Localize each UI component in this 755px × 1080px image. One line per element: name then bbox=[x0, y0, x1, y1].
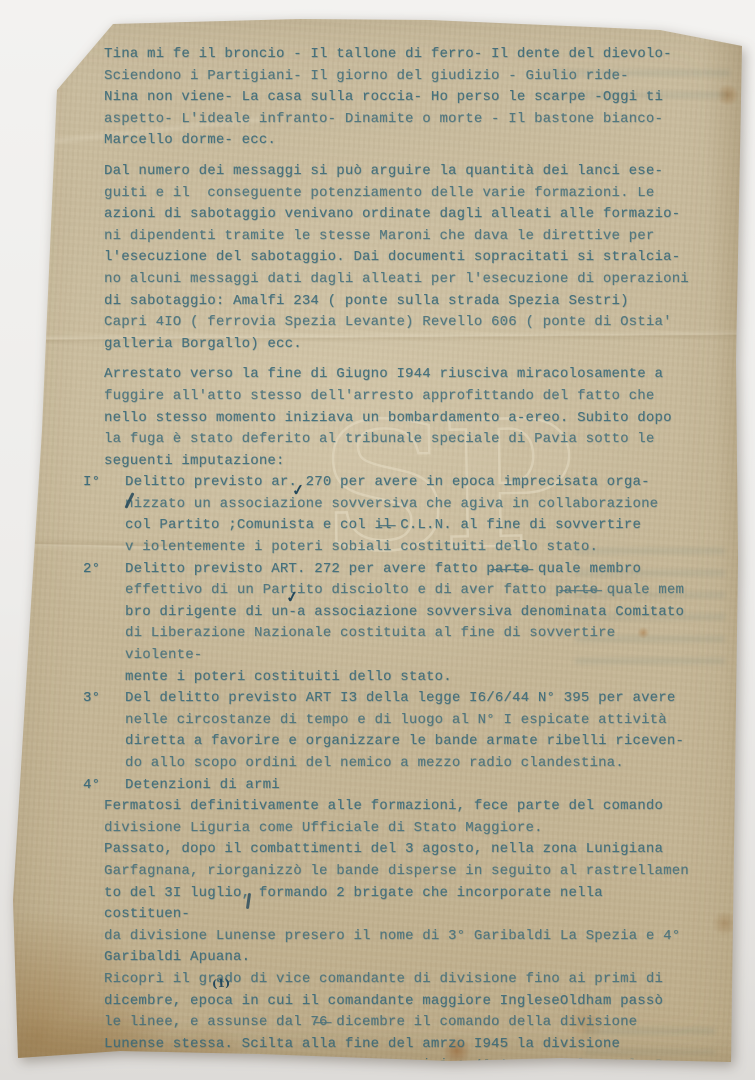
list-marker: I° bbox=[83, 472, 125, 558]
text-line: Lunense stessa. Scilta alla fine del amr… bbox=[104, 1034, 689, 1056]
text-line: v iolentemente i poteri sobiali costitui… bbox=[125, 537, 658, 559]
line-group: Detenzioni di armi bbox=[125, 775, 280, 797]
paper-sheet: SP Tina mi fe il broncio - Il tallone di… bbox=[0, 0, 755, 1080]
text-line: nelle circostanze di tempo e di luogo al… bbox=[125, 710, 684, 732]
text-line: Passato, dopo il combattimenti del 3 ago… bbox=[104, 839, 689, 861]
list-item: 2°Delitto previsto ART. 272 per avere fa… bbox=[83, 559, 689, 689]
text-line: diretta a favorire e organizzare le band… bbox=[125, 731, 684, 753]
text-line: dicembre, epoca in cui il comandante mag… bbox=[104, 991, 689, 1013]
text-line: di sabotaggio: Amalfi 234 ( ponte sulla … bbox=[104, 291, 689, 313]
line-group: Tina mi fe il broncio - Il tallone di fe… bbox=[104, 44, 689, 152]
text-line: le linee, e assunse dal 7̶6̶ dicembre il… bbox=[104, 1012, 689, 1034]
text-line: aspetto- L'ideale infranto- Dinamite o m… bbox=[104, 109, 689, 131]
paper-shadow: SP Tina mi fe il broncio - Il tallone di… bbox=[0, 0, 755, 1080]
list-marker: 3° bbox=[83, 688, 125, 774]
text-line: nizzato un associazione sovversiva che a… bbox=[125, 494, 658, 516]
line-group: Delitto previsto ART. 272 per avere fatt… bbox=[125, 559, 689, 689]
text-line: mente i poteri costituiti dello stato. bbox=[125, 667, 689, 689]
line-group: Delitto previsto ar. 270 per avere in ep… bbox=[125, 472, 658, 558]
text-line: Tina mi fe il broncio - Il tallone di fe… bbox=[104, 44, 689, 66]
paragraph: Dal numero dei messaggi si può arguire l… bbox=[104, 161, 689, 355]
text-line: galleria Borgallo) ecc. bbox=[104, 334, 689, 356]
text-line: seguenti imputazione: bbox=[104, 451, 689, 473]
text-line: Garfagnana, riorganizzò le bande dispers… bbox=[104, 861, 689, 883]
text-line: Marcello dorme- ecc. bbox=[104, 130, 689, 152]
list-marker: 4° bbox=[83, 775, 125, 797]
list-item: 4°Detenzioni di armi bbox=[83, 775, 689, 797]
line-group: Dal numero dei messaggi si può arguire l… bbox=[104, 161, 689, 355]
text-line: Dal numero dei messaggi si può arguire l… bbox=[104, 161, 689, 183]
text-line: di Liberazione Nazionale costituita al f… bbox=[125, 623, 689, 666]
line-group: Del delitto previsto ART I3 della legge … bbox=[125, 688, 684, 774]
text-line: no alcuni messaggi dati dagli alleati pe… bbox=[104, 269, 689, 291]
list-item: I°Delitto previsto ar. 270 per avere in … bbox=[83, 472, 689, 558]
text-line: Ricoprì il grado di vice comandante di d… bbox=[104, 969, 689, 991]
text-line: nello stesso momento iniziava un bombard… bbox=[104, 408, 689, 430]
text-line: Nina non viene- La casa sulla roccia- Ho… bbox=[104, 87, 689, 109]
text-line: Detenzioni di armi bbox=[125, 775, 280, 797]
line-group: Fermatosi definitivamente alle formazion… bbox=[104, 796, 689, 1077]
paragraph: Arrestato verso la fine di Giugno I944 r… bbox=[104, 364, 689, 472]
text-line: do allo scopo ordini del nemico a mezzo … bbox=[125, 753, 684, 775]
scanned-document: SP Tina mi fe il broncio - Il tallone di… bbox=[0, 0, 755, 1080]
text-line: Delitto previsto ar. 270 per avere in ep… bbox=[125, 472, 658, 494]
list-item: 3°Del delitto previsto ART I3 della legg… bbox=[83, 688, 689, 774]
text-line: Del delitto previsto ART I3 della legge … bbox=[125, 688, 684, 710]
text-line: azioni di sabotaggio venivano ordinate d… bbox=[104, 204, 689, 226]
text-line: Capri 4IO ( ferrovia Spezia Levante) Rev… bbox=[104, 312, 689, 334]
text-line: to del 3I luglio, formando 2 brigate che… bbox=[104, 883, 689, 926]
text-line: Fermatosi definitivamente alle formazion… bbox=[104, 796, 689, 818]
text-line: Garibaldi Apuana. bbox=[104, 947, 689, 969]
text-line: Delitto previsto ART. 272 per avere fatt… bbox=[125, 559, 689, 581]
text-line: guiti e il conseguente potenziamento del… bbox=[104, 183, 689, 205]
text-line: l'esecuzione del sabotaggio. Dai documen… bbox=[104, 247, 689, 269]
line-group: Arrestato verso la fine di Giugno I944 r… bbox=[104, 364, 689, 472]
text-line: la fuga è stato deferito al tribunale sp… bbox=[104, 429, 689, 451]
text-line: col Partito ;Comunista e col i̶l̶ C.L.N.… bbox=[125, 515, 658, 537]
text-line: fuggire all'atto stesso dell'arresto app… bbox=[104, 386, 689, 408]
page-text: Tina mi fe il broncio - Il tallone di fe… bbox=[104, 44, 689, 1077]
text-line: bro dirigente di un-a associazione sovve… bbox=[125, 602, 689, 624]
paragraph: Tina mi fe il broncio - Il tallone di fe… bbox=[104, 44, 689, 152]
text-line: Arrestato verso la fine di Giugno I944 r… bbox=[104, 364, 689, 386]
paragraph: Fermatosi definitivamente alle formazion… bbox=[104, 796, 689, 1077]
text-line: ni dipendenti tramite le stesse Maroni c… bbox=[104, 226, 689, 248]
text-line: effettivo di un Partito disciolto e di a… bbox=[125, 580, 689, 602]
text-line: Sciendono i Partigiani- Il giorno del gi… bbox=[104, 66, 689, 88]
text-line: Lunense e incorporate le brigate Borrini… bbox=[104, 1055, 689, 1077]
text-line: da divisione Lunense presero il nome di … bbox=[104, 926, 689, 948]
text-line: divisione Liguria come Ufficiale di Stat… bbox=[104, 818, 689, 840]
list-marker: 2° bbox=[83, 559, 125, 689]
